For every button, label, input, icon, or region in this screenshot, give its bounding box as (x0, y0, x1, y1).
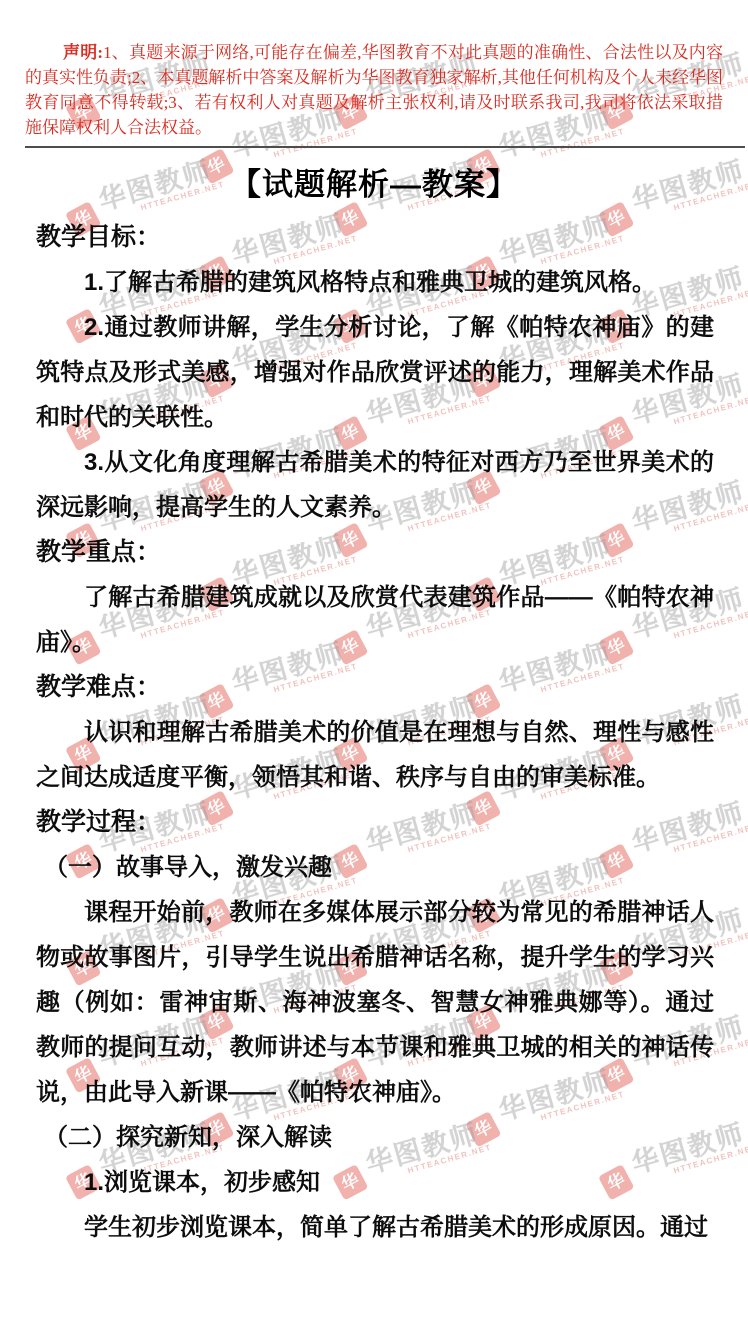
doc-heading: 教学难点： (36, 665, 714, 710)
doc-heading: 教学过程： (36, 800, 714, 845)
doc-para: 2.通过教师讲解，学生分析讨论，了解《帕特农神庙》的建筑特点及形式美感，增强对作… (36, 305, 714, 440)
document-page: 华华图教师HTTEACHER.NET华华图教师HTTEACHER.NET华华图教… (0, 0, 748, 1335)
divider-line (25, 146, 745, 148)
doc-para: 3.从文化角度理解古希腊美术的特征对西方乃至世界美术的深远影响，提高学生的人文素… (36, 440, 714, 530)
doc-para: 了解古希腊建筑成就以及欣赏代表建筑作品——《帕特农神庙》。 (36, 575, 714, 665)
document-content: 声明:1、真题来源于网络,可能存在偏差,华图教育不对此真题的准确性、合法性以及内… (0, 0, 748, 1250)
page-title: 【试题解析—教案】 (0, 161, 748, 209)
doc-para: 1.浏览课本，初步感知 (36, 1160, 714, 1205)
doc-para: 认识和理解古希腊美术的价值是在理想与自然、理性与感性之间达成适度平衡，领悟其和谐… (36, 710, 714, 800)
doc-heading: 教学重点： (36, 530, 714, 575)
doc-subheading: （二）探究新知，深入解读 (36, 1115, 714, 1160)
doc-para: 课程开始前，教师在多媒体展示部分较为常见的希腊神话人物或故事图片，引导学生说出希… (36, 890, 714, 1115)
doc-para: 1.了解古希腊的建筑风格特点和雅典卫城的建筑风格。 (36, 260, 714, 305)
disclaimer-label: 声明: (63, 43, 103, 62)
disclaimer: 声明:1、真题来源于网络,可能存在偏差,华图教育不对此真题的准确性、合法性以及内… (25, 0, 723, 140)
disclaimer-text: 1、真题来源于网络,可能存在偏差,华图教育不对此真题的准确性、合法性以及内容的真… (25, 43, 723, 137)
doc-heading: 教学目标： (36, 215, 714, 260)
doc-body: 教学目标：1.了解古希腊的建筑风格特点和雅典卫城的建筑风格。2.通过教师讲解，学… (36, 215, 714, 1250)
doc-para: 学生初步浏览课本，简单了解古希腊美术的形成原因。通过 (36, 1205, 714, 1250)
doc-subheading: （一）故事导入，激发兴趣 (36, 845, 714, 890)
